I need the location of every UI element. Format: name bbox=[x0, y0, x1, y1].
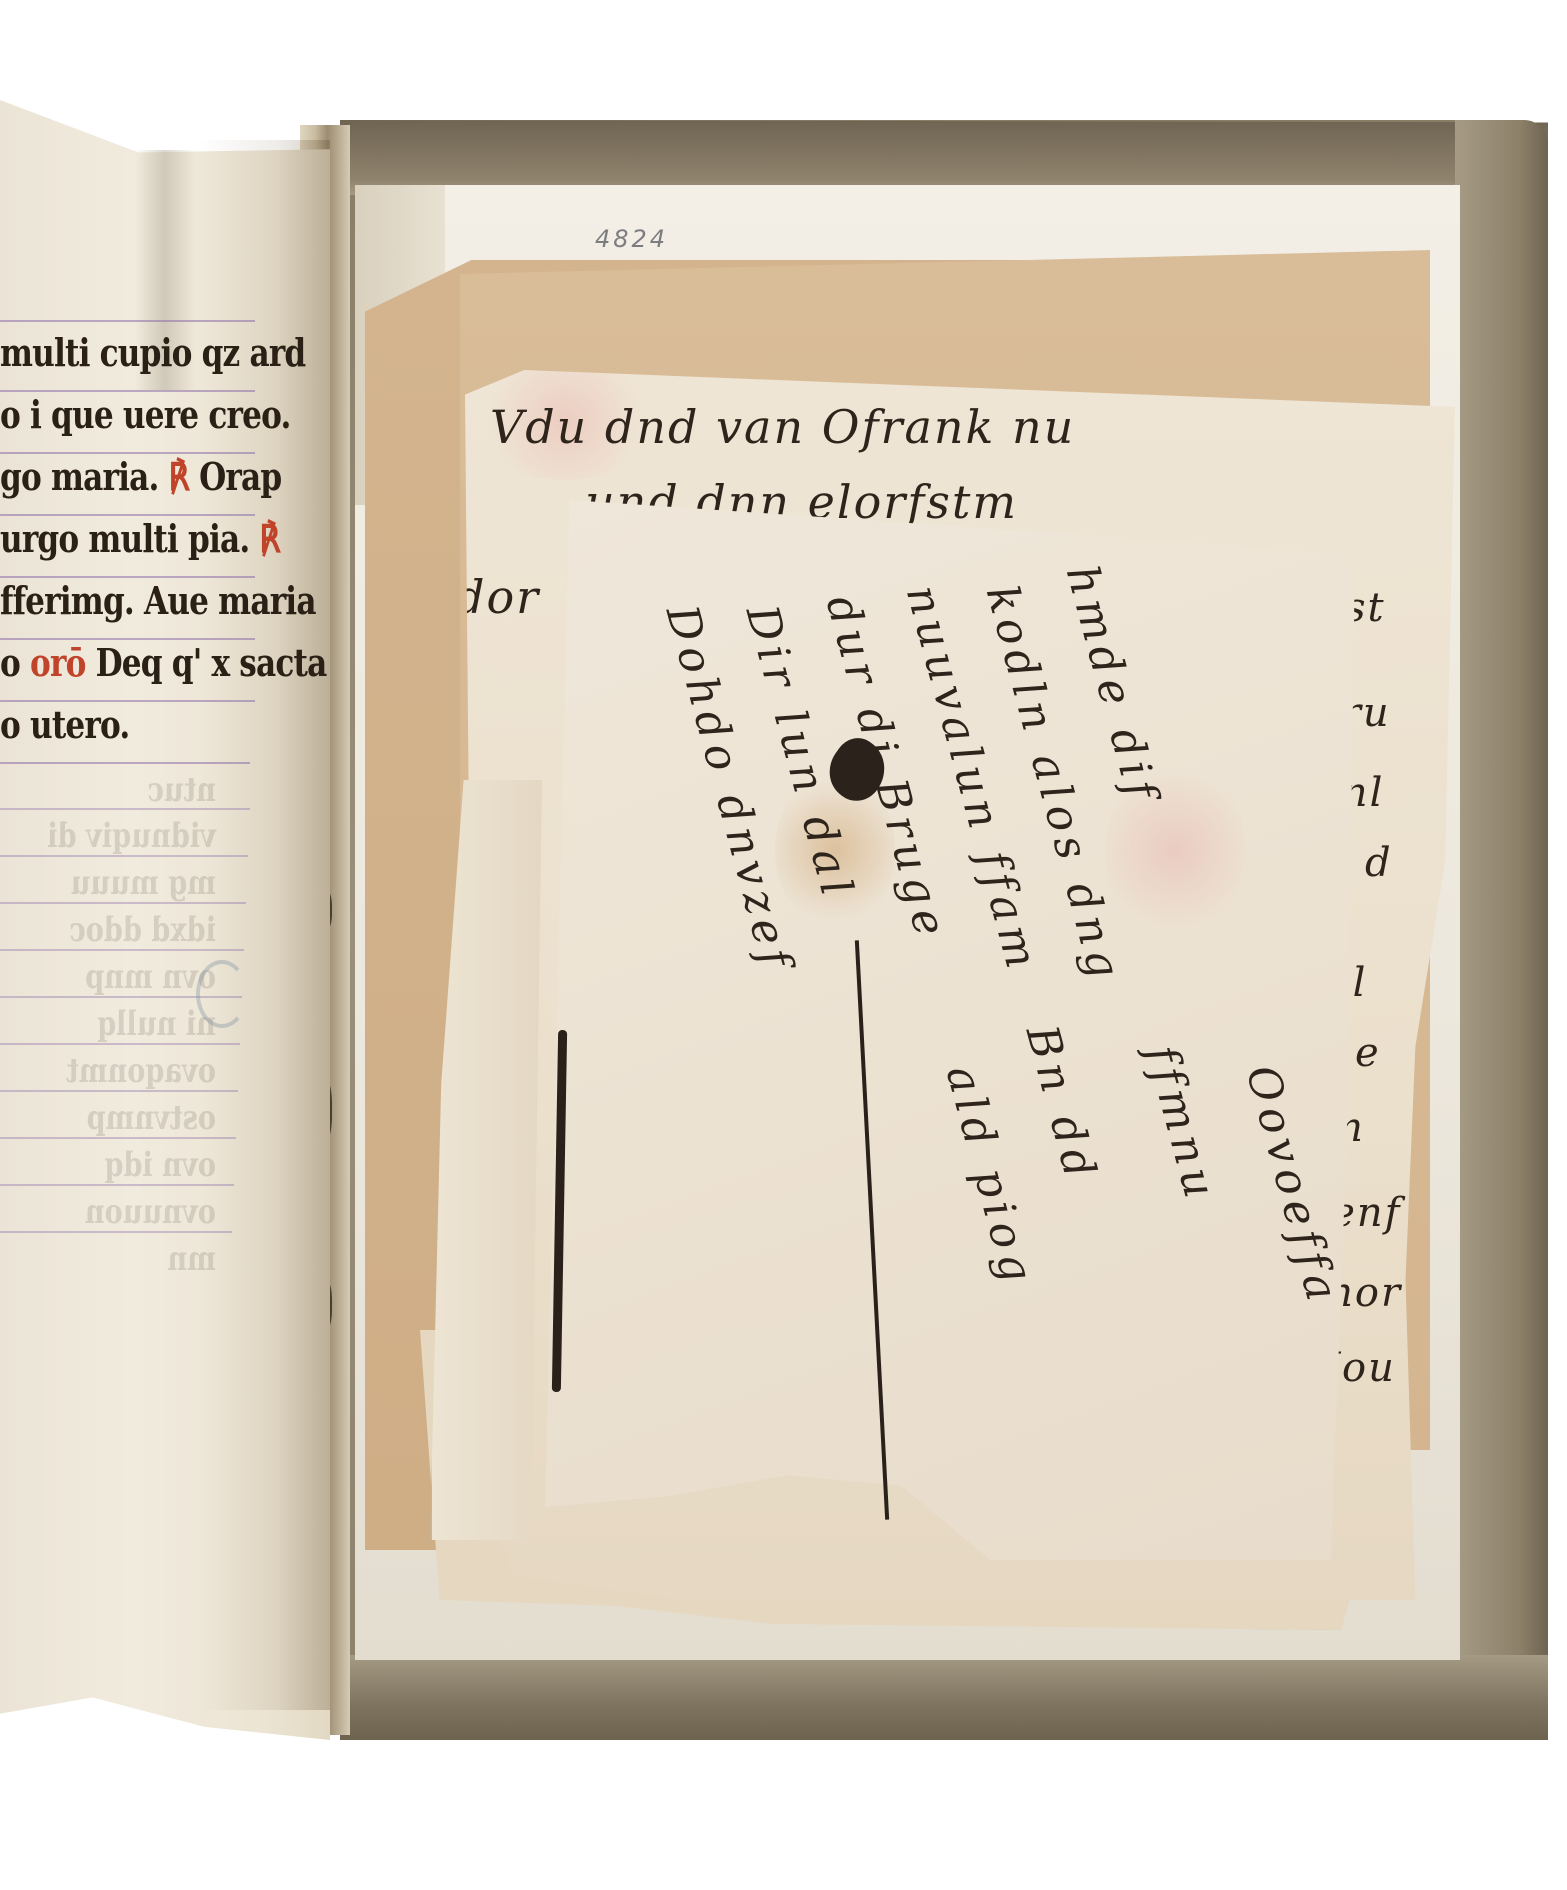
text-line-5: fferimg. Aue maria bbox=[0, 578, 316, 623]
show-through-line: mn bbox=[167, 1239, 216, 1279]
text-line-3: go maria. ℟ Orap bbox=[0, 454, 281, 499]
slip-column-10: Oovoeffa bbox=[1236, 1060, 1349, 1312]
letter-line-1: Vdu dnd van Ofrank nu bbox=[490, 400, 1075, 454]
show-through-line: idxd ddoc bbox=[69, 910, 216, 950]
show-through-initial bbox=[196, 960, 248, 1028]
rubric-response-mark: ℟ bbox=[259, 516, 280, 561]
show-through-line: ostvnmp bbox=[87, 1098, 216, 1138]
text-line-7: o utero. bbox=[0, 702, 129, 747]
front-handwritten-slip: hmde dif kodln alos dng nuuvalun ffam du… bbox=[545, 500, 1355, 1560]
letter-line-3: dor bbox=[455, 570, 540, 624]
ruling-line bbox=[0, 1231, 232, 1233]
gutter-shadow bbox=[200, 140, 330, 1710]
ruling-line bbox=[0, 1137, 236, 1139]
show-through-line: mg muuu bbox=[71, 863, 216, 903]
show-through-line: ovn idq bbox=[104, 1145, 216, 1185]
ruling-line bbox=[0, 320, 255, 322]
rubric-response-mark: ℟ bbox=[169, 454, 190, 499]
ruling-line bbox=[0, 949, 244, 951]
pencil-shelfmark: 4824 bbox=[595, 225, 668, 253]
ruling-line bbox=[0, 855, 248, 857]
slip-column-9: ffmnu bbox=[1136, 1040, 1227, 1209]
text-line-6: o orō Deq q' x sacta bbox=[0, 640, 326, 685]
slip-column-8: ald piog bbox=[936, 1060, 1044, 1293]
rubric-oratio: orō bbox=[30, 640, 86, 685]
text-line-1: multi cupio qz ard bbox=[0, 330, 305, 375]
slip-column-7: Bn dd bbox=[1016, 1020, 1107, 1189]
letter-margin-4: d bbox=[1365, 840, 1393, 886]
ruling-line bbox=[0, 1043, 240, 1045]
text-line-2: o i que uere creo. bbox=[0, 392, 291, 437]
letter-margin-6: e bbox=[1355, 1030, 1381, 1076]
show-through-line: vidnuqiv di bbox=[47, 816, 216, 856]
ruling-line bbox=[0, 762, 250, 764]
ruling-line bbox=[0, 1090, 238, 1092]
ruling-line bbox=[0, 1184, 234, 1186]
cover-turn-in-top bbox=[340, 120, 1548, 195]
ruling-line bbox=[0, 902, 246, 904]
show-through-line: ovnuuon bbox=[85, 1192, 216, 1232]
text-line-4: urgo multi pia. ℟ bbox=[0, 516, 280, 561]
cover-turn-in-bottom bbox=[340, 1655, 1548, 1740]
show-through-line: ovaqonmt bbox=[66, 1051, 216, 1091]
show-through-line: ntuc bbox=[147, 770, 216, 810]
ruling-line bbox=[0, 808, 250, 810]
cover-turn-in-right bbox=[1455, 120, 1548, 1740]
